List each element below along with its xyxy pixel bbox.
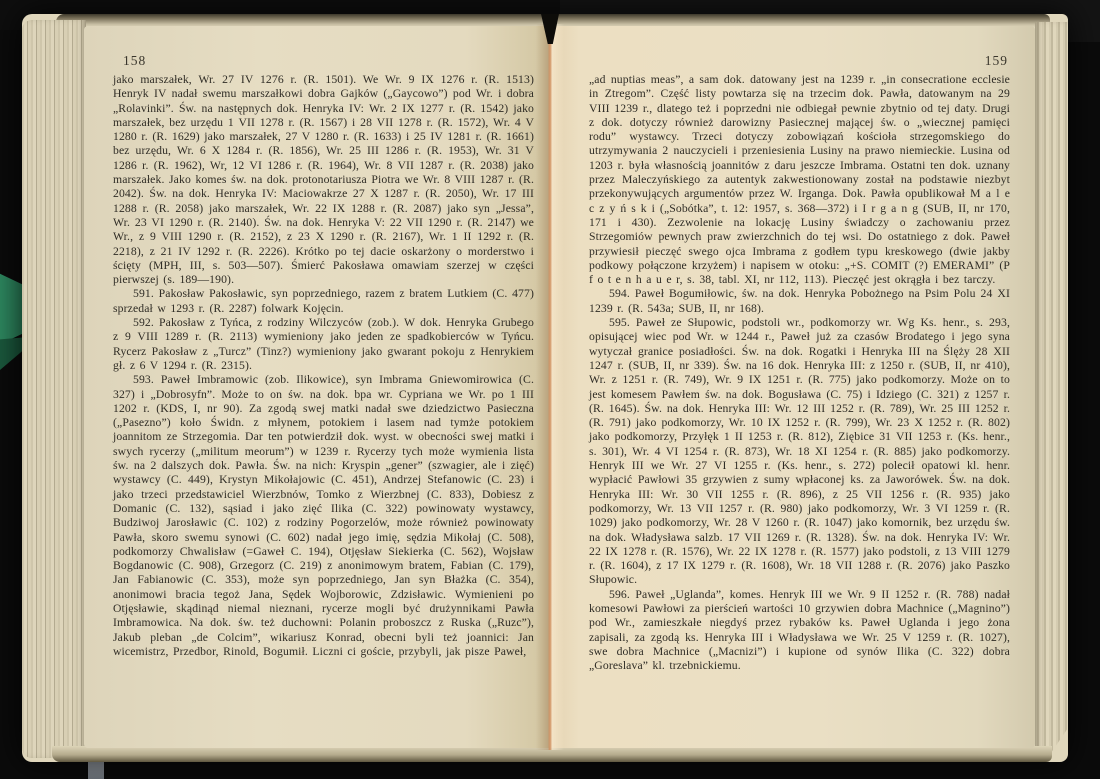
page-stack-right-edge bbox=[1035, 22, 1068, 758]
paragraph: 591. Pakosław Pakosławic, syn poprzednie… bbox=[113, 287, 534, 316]
book-gutter bbox=[536, 24, 564, 750]
paragraph: 593. Paweł Imbramowic (zob. Ilikowice), … bbox=[113, 373, 534, 659]
paragraph: 592. Pakosław z Tyńca, z rodziny Wilczyc… bbox=[113, 316, 534, 373]
paragraph: 596. Paweł „Uglanda”, komes. Henryk III … bbox=[589, 588, 1010, 674]
page-number-right: 159 bbox=[948, 53, 1008, 69]
paragraph: jako marszałek, Wr. 27 IV 1276 r. (R. 15… bbox=[113, 73, 534, 287]
paragraph: „ad nuptias meas”, a sam dok. datowany j… bbox=[589, 73, 1010, 287]
paragraph: 595. Paweł ze Słupowic, podstoli wr., po… bbox=[589, 316, 1010, 588]
page-number-left: 158 bbox=[123, 53, 146, 69]
open-book: 158 159 jako marszałek, Wr. 27 IV 1276 r… bbox=[22, 14, 1068, 762]
paragraph: 594. Paweł Bogumiłowic, św. na dok. Henr… bbox=[589, 287, 1010, 316]
left-page-text: jako marszałek, Wr. 27 IV 1276 r. (R. 15… bbox=[113, 73, 534, 659]
right-page-text: „ad nuptias meas”, a sam dok. datowany j… bbox=[589, 73, 1010, 673]
photo-background: 158 159 jako marszałek, Wr. 27 IV 1276 r… bbox=[0, 0, 1100, 779]
page-stack-left-edge bbox=[22, 20, 86, 758]
stand-leg bbox=[88, 762, 104, 779]
